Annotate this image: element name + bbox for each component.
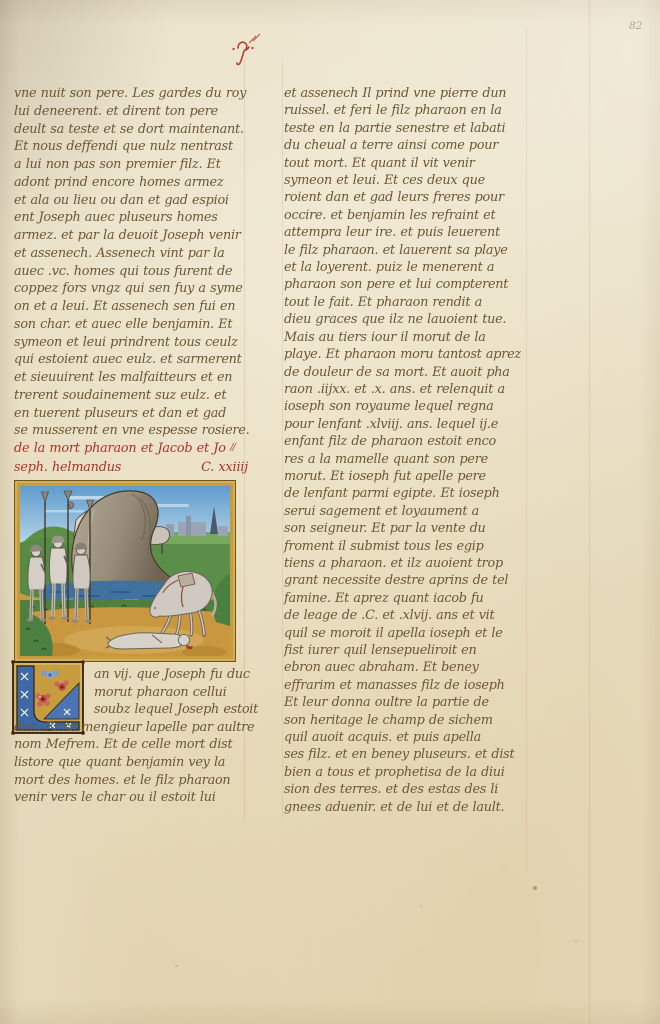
chapter-rubric: de la mort pharaon et Jacob et Jo ∕∕ sep… [14,440,248,476]
manuscript-text-line: coppez fors vngz qui sen fuy a syme [14,280,248,298]
manuscript-text-line: son char. et auec elle benjamin. Et [14,316,248,334]
manuscript-text-line: effrarim et manasses filz de ioseph [284,677,532,694]
manuscript-text-line: deult sa teste et se dort maintenant. [14,121,248,139]
manuscript-text-line: occire. et benjamin les refraint et [284,207,532,224]
manuscript-text-line: soubz lequel Joseph estoit [94,701,250,719]
manuscript-text-line: bien a tous et prophetisa de la diui [284,764,532,781]
manuscript-text-line: teste en la partie senestre et labati [284,120,532,137]
manuscript-text-line: et assenech. Assenech vint par la [14,245,248,263]
manuscript-text-line: Et nous deffendi que nulz nentrast [14,138,248,156]
manuscript-text-line: et la loyerent. puiz le menerent a [284,259,532,276]
manuscript-text-line: listore que quant benjamin vey la [14,754,250,772]
miniature-painting [14,480,236,662]
manuscript-text-line: armez. et par la deuoit Joseph venir [14,227,248,245]
manuscript-text-line: et assenech Il prind vne pierre dun [284,85,532,102]
manuscript-text-line: du cheual a terre ainsi come pour [284,137,532,154]
manuscript-text-line: tout mort. Et quant il vit venir [284,155,532,172]
manuscript-text-line: serui sagement et loyaument a [284,503,532,520]
rubric-line: seph. helmandus C. xxiiij [14,459,248,477]
folio-number: 82 [629,20,642,32]
chapter-number: C. xxiiij [201,459,248,477]
manuscript-text-line: playe. Et pharaon moru tantost aprez [284,346,532,363]
manuscript-page: 82 vne nuit son pere. Les gardes du royl… [0,0,660,1024]
manuscript-text-line: le filz pharaon. et lauerent sa playe [284,242,532,259]
parchment-speck [575,940,577,942]
red-paraph-mark [231,33,265,67]
manuscript-text-line: ebron auec abraham. Et beney [284,659,532,676]
manuscript-text-line: fist iurer quil lensepueliroit en [284,642,532,659]
manuscript-text-line: son seigneur. Et par la vente du [284,520,532,537]
manuscript-text-line: ioseph son royaume lequel regna [284,398,532,415]
manuscript-text-line: trerent soudainement suz eulz. et [14,387,248,405]
manuscript-text-line: duc. Et se mengieur lapelle par aultre [14,719,250,737]
manuscript-text-line: Mais au tiers iour il morut de la [284,329,532,346]
left-text-column: vne nuit son pere. Les gardes du roylui … [14,85,248,440]
manuscript-text-line: tout le fait. Et pharaon rendit a [284,294,532,311]
manuscript-text-line: pour lenfant .xlviij. ans. lequel ij.e [284,416,532,433]
manuscript-text-line: ent Joseph auec pluseurs homes [14,209,248,227]
manuscript-text-line: en tuerent pluseurs et dan et gad [14,405,248,423]
column-ruling-line [282,60,283,818]
manuscript-text-line: grant necessite destre aprins de tel [284,572,532,589]
manuscript-text-line: Et leur donna oultre la partie de [284,694,532,711]
manuscript-text-line: on et a leui. Et assenech sen fui en [14,298,248,316]
parchment-speck [420,905,422,907]
rubric-line-filler: ∕∕ [230,442,235,453]
manuscript-text-line: qui estoient auec eulz. et sarmerent [14,351,248,369]
manuscript-text-line: res a la mamelle quant son pere [284,451,532,468]
manuscript-text-line: enfant filz de pharaon estoit enco [284,433,532,450]
manuscript-text-line: froment il submist tous les egip [284,538,532,555]
miniature-scene [14,486,230,658]
manuscript-text-line: a lui non pas son premier filz. Et [14,156,248,174]
manuscript-text-line: ruissel. et feri le filz pharaon en la [284,102,532,119]
manuscript-text-line: de lenfant parmi egipte. Et ioseph [284,485,532,502]
manuscript-text-line: de douleur de sa mort. Et auoit pha [284,364,532,381]
manuscript-text-line: pharaon son pere et lui compterent [284,276,532,293]
manuscript-text-line: et sieuuirent les malfaitteurs et en [14,369,248,387]
manuscript-text-line: lui deneerent. et dirent ton pere [14,103,248,121]
manuscript-text-line: symeon et leui. Et ces deux que [284,172,532,189]
manuscript-text-line: sion des terres. et des estas des li [284,781,532,798]
parchment-speck [533,886,537,890]
manuscript-text-line: venir vers le char ou il estoit lui [14,789,250,807]
rubric-text: de la mort pharaon et Jacob et Jo [14,441,226,456]
manuscript-text-line: son heritage le champ de sichem [284,712,532,729]
manuscript-text-line: quil se moroit il apella ioseph et le [284,625,532,642]
manuscript-text-line: se musserent en vne espesse rosiere. [14,422,248,440]
right-text-column: et assenech Il prind vne pierre dunruiss… [284,85,532,816]
manuscript-text-line: auec .vc. homes qui tous furent de [14,263,248,281]
manuscript-text-line: adont prind encore homes armez [14,174,248,192]
manuscript-text-line: dieu graces que ilz ne lauoient tue. [284,311,532,328]
parchment-crease [588,0,591,1024]
manuscript-text-line: an vij. que Joseph fu duc [94,666,250,684]
rubric-text: seph. helmandus [14,459,121,477]
manuscript-text-line: vne nuit son pere. Les gardes du roy [14,85,248,103]
manuscript-text-line: roient dan et gad leurs freres pour [284,189,532,206]
manuscript-text-line: attempra leur ire. et puis leuerent [284,224,532,241]
manuscript-text-line: morut. Et ioseph fut apelle pere [284,468,532,485]
manuscript-text-line: raon .iijxx. et .x. ans. et relenquit a [284,381,532,398]
parchment-speck [175,965,178,967]
manuscript-text-line: quil auoit acquis. et puis apella [284,729,532,746]
manuscript-text-line: famine. Et aprez quant iacob fu [284,590,532,607]
rubric-line: de la mort pharaon et Jacob et Jo ∕∕ [14,440,248,459]
opening-paragraph: an vij. que Joseph fu ducmorut pharaon c… [14,666,250,807]
manuscript-text-line: nom Mefrem. Et de celle mort dist [14,736,250,754]
manuscript-text-line: mort des homes. et le filz pharaon [14,772,250,790]
manuscript-text-line: et ala ou lieu ou dan et gad espioi [14,192,248,210]
manuscript-text-line: morut pharaon cellui [94,684,250,702]
manuscript-text-line: gnees aduenir. et de lui et de lault. [284,799,532,816]
manuscript-text-line: ses filz. et en beney pluseurs. et dist [284,746,532,763]
manuscript-text-line: de leage de .C. et .xlvij. ans et vit [284,607,532,624]
manuscript-text-line: tiens a pharaon. et ilz auoient trop [284,555,532,572]
manuscript-text-line: symeon et leui prindrent tous ceulz [14,334,248,352]
